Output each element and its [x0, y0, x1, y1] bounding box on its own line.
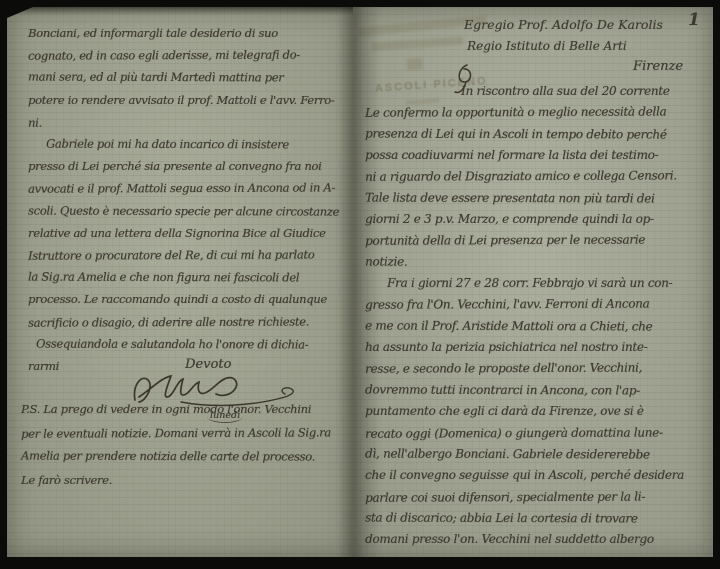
handwritten-line: ni. — [28, 110, 339, 134]
handwritten-line: avvocati e il prof. Mattoli segua esso i… — [28, 177, 339, 201]
handwritten-line: ha assunto la perizia psichiatrica nel n… — [365, 337, 684, 358]
handwritten-line: domani presso l'on. Vecchini nel suddett… — [365, 529, 684, 550]
handwritten-line: P.S. La prego di vedere in ogni modo l'o… — [21, 398, 331, 422]
handwritten-line: potere io rendere avvisato il prof. Matt… — [28, 89, 339, 111]
institution-line: Regio Istituto di Belle Arti — [467, 39, 627, 53]
handwritten-line: Ossequiandola e salutandola ho l'onore d… — [36, 332, 339, 355]
handwritten-line: puntamento che egli ci darà da Firenze, … — [365, 401, 684, 422]
handwritten-line: recato oggi (Domenica) o giungerà domatt… — [365, 422, 684, 445]
handwritten-line: presso di Lei perché sia presente al con… — [28, 155, 339, 177]
page-number: 1 — [688, 10, 700, 30]
handwritten-line: resse, e secondo le proposte dell'onor. … — [365, 358, 684, 381]
handwritten-line: processo. Le raccomando quindi a costo d… — [28, 288, 339, 310]
letter-spread: Bonciani, ed informargli tale desiderio … — [7, 7, 713, 557]
handwritten-line: Bonciani, ed informargli tale desiderio … — [28, 22, 339, 44]
city-line: Firenze — [633, 59, 683, 74]
handwritten-line: possa coadiuvarmi nel formare la lista d… — [365, 145, 684, 166]
handwritten-line: ni a riguardo del Disgraziato amico e co… — [365, 166, 684, 189]
handwritten-line: parlare coi suoi difensori, specialmente… — [365, 486, 684, 509]
stamp-smudge — [371, 37, 463, 51]
handwritten-line: giorni 2 e 3 p.v. Marzo, e comprende qui… — [365, 209, 684, 230]
handwritten-line: relative ad una lettera della Signorina … — [28, 222, 339, 244]
handwritten-line: Gabriele poi mi ha dato incarico di insi… — [46, 133, 339, 156]
handwritten-line: che il convegno seguisse qui in Ascoli, … — [365, 465, 684, 486]
handwritten-line: la Sig.ra Amelia e che non figura nei fa… — [28, 266, 339, 289]
handwritten-line: portunità della di Lei presenza per le n… — [365, 230, 684, 253]
handwritten-line: sta di discarico; abbia Lei la cortesia … — [365, 507, 684, 529]
interline-insertion: lunedì — [207, 410, 243, 423]
stamp-smudge — [406, 58, 423, 71]
handwritten-line: Fra i giorni 27 e 28 corr. Febbrajo vi s… — [387, 273, 684, 294]
handwritten-line: cognato, ed in caso egli aderisse, mi te… — [28, 44, 339, 68]
handwritten-line: presenza di Lei qui in Ascoli in tempo d… — [365, 123, 684, 145]
right-page-body-text: In riscontro alla sua del 20 correnteLe … — [365, 81, 684, 551]
handwritten-line: Amelia per prendere notizia delle carte … — [21, 444, 331, 469]
handwritten-line: notizie. — [365, 251, 684, 273]
handwritten-line: Le confermo la opportunità o meglio nece… — [365, 102, 684, 125]
letter-page-right: ASCOLI PICENO Egregio Prof. Adolfo De Ka… — [353, 7, 713, 557]
postscript-text: P.S. La prego di vedere in ogni modo l'o… — [21, 398, 331, 492]
handwritten-line: mani sera, ed al più tardi Martedì matti… — [28, 66, 339, 89]
page-corner-fold — [7, 7, 33, 18]
handwritten-line: scoli. Questo è necessario specie per al… — [28, 199, 339, 222]
handwritten-line: In riscontro alla sua del 20 corrente — [461, 81, 684, 102]
handwritten-line: dì, nell'albergo Bonciani. Gabriele desi… — [365, 443, 684, 465]
letter-page-left: Bonciani, ed informargli tale desiderio … — [7, 7, 353, 557]
handwritten-line: sacrificio o disagio, di aderire alle no… — [28, 310, 339, 334]
page-edge-shadow — [7, 7, 353, 15]
handwritten-line: e me con il Prof. Aristide Mattoli ora a… — [365, 315, 684, 337]
scanned-letter-document: Bonciani, ed informargli tale desiderio … — [0, 0, 720, 569]
recipient-line: Egregio Prof. Adolfo De Karolis — [464, 17, 663, 32]
handwritten-line: dovremmo tutti incontrarci in Ancona, co… — [365, 379, 684, 401]
handwritten-line: Tale lista deve essere presentata non pi… — [365, 187, 684, 209]
handwritten-line: gresso fra l'On. Vecchini, l'avv. Ferron… — [365, 294, 684, 317]
left-page-body-text: Bonciani, ed informargli tale desiderio … — [28, 22, 339, 377]
handwritten-line: per le eventuali notizie. Domani verrà i… — [21, 421, 331, 446]
handwritten-line: Le farò scrivere. — [21, 469, 331, 493]
handwritten-line: Istruttore o procuratore del Re, di cui … — [28, 243, 339, 267]
